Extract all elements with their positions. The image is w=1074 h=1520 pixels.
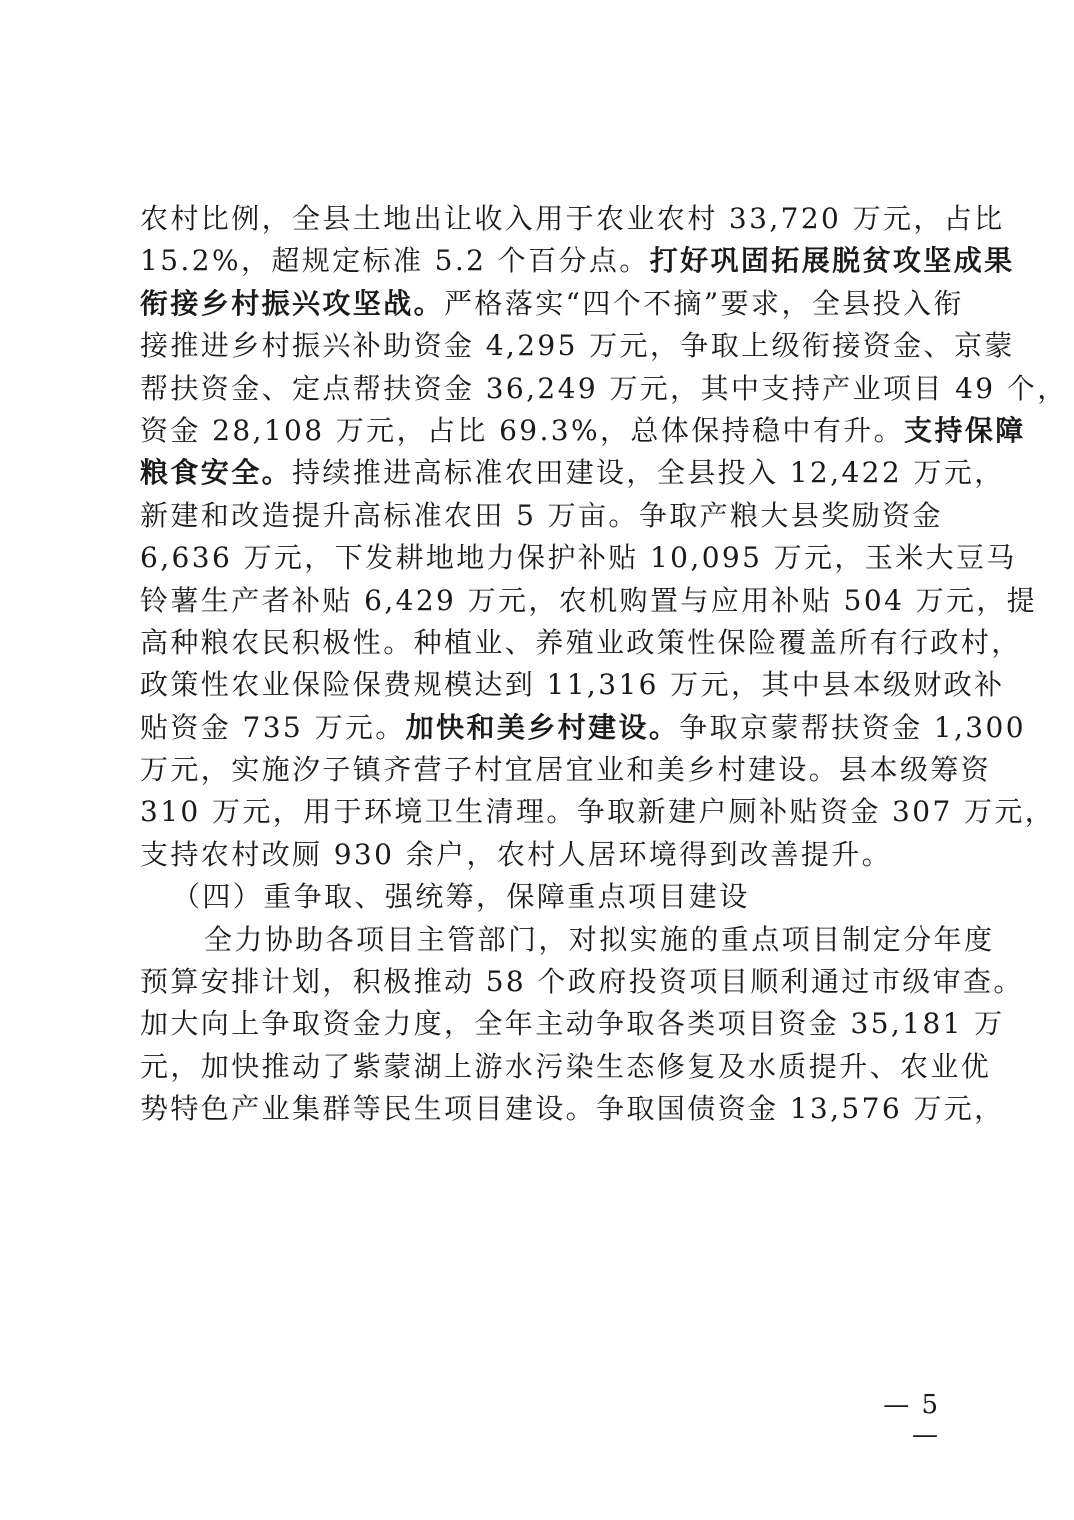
text-line-2: 15.2%，超规定标准 5.2 个百分点。打好巩固拓展脱贫攻坚成果 [140, 240, 942, 282]
text-line-20: 加大向上争取资金力度，全年主动争取各类项目资金 35,181 万 [140, 1003, 942, 1045]
text-line-19: 预算安排计划，积极推动 58 个政府投资项目顺利通过市级审查。 [140, 961, 942, 1003]
section-heading: （四）重争取、强统筹，保障重点项目建设 [140, 876, 942, 918]
text-line-1: 农村比例，全县土地出让收入用于农业农村 33,720 万元，占比 [140, 198, 942, 240]
text-line-22: 势特色产业集群等民生项目建设。争取国债资金 13,576 万元， [140, 1088, 942, 1130]
text-line-13: 贴资金 735 万元。加快和美乡村建设。争取京蒙帮扶资金 1,300 [140, 707, 942, 749]
document-body: 农村比例，全县土地出让收入用于农业农村 33,720 万元，占比 15.2%，超… [140, 198, 942, 1131]
text-line-4: 接推进乡村振兴补助资金 4,295 万元，争取上级衔接资金、京蒙 [140, 325, 942, 367]
text-line-11: 高种粮农民积极性。种植业、养殖业政策性保险覆盖所有行政村， [140, 622, 942, 664]
text-line-3: 衔接乡村振兴攻坚战。严格落实“四个不摘”要求，全县投入衔 [140, 283, 942, 325]
text-line-18: 全力协助各项目主管部门，对拟实施的重点项目制定分年度 [140, 919, 942, 961]
text-line-15: 310 万元，用于环境卫生清理。争取新建户厕补贴资金 307 万元， [140, 791, 942, 833]
text-line-8: 新建和改造提升高标准农田 5 万亩。争取产粮大县奖励资金 [140, 495, 942, 537]
text-line-16: 支持农村改厕 930 余户，农村人居环境得到改善提升。 [140, 834, 942, 876]
text-line-21: 元，加快推动了紫蒙湖上游水污染生态修复及水质提升、农业优 [140, 1046, 942, 1088]
text-line-6: 资金 28,108 万元，占比 69.3%，总体保持稳中有升。支持保障 [140, 410, 942, 452]
text-line-7: 粮食安全。持续推进高标准农田建设，全县投入 12,422 万元， [140, 452, 942, 494]
page-number: — 5 — [860, 1390, 940, 1450]
bold-subheading: 支持保障 [904, 414, 1026, 447]
document-page: 农村比例，全县土地出让收入用于农业农村 33,720 万元，占比 15.2%，超… [0, 0, 1074, 1520]
text-line-14: 万元，实施汐子镇齐营子村宜居宜业和美乡村建设。县本级筹资 [140, 749, 942, 791]
text-line-5: 帮扶资金、定点帮扶资金 36,249 万元，其中支持产业项目 49 个， [140, 368, 942, 410]
bold-subheading: 粮食安全。 [140, 456, 292, 489]
bold-subheading: 打好巩固拓展脱贫攻坚成果 [650, 244, 1015, 277]
text-line-12: 政策性农业保险保费规模达到 11,316 万元，其中县本级财政补 [140, 664, 942, 706]
bold-subheading: 衔接乡村振兴攻坚战。 [140, 287, 444, 320]
text-line-10: 铃薯生产者补贴 6,429 万元，农机购置与应用补贴 504 万元，提 [140, 580, 942, 622]
bold-subheading: 加快和美乡村建设。 [406, 711, 680, 744]
text-line-9: 6,636 万元，下发耕地地力保护补贴 10,095 万元，玉米大豆马 [140, 537, 942, 579]
